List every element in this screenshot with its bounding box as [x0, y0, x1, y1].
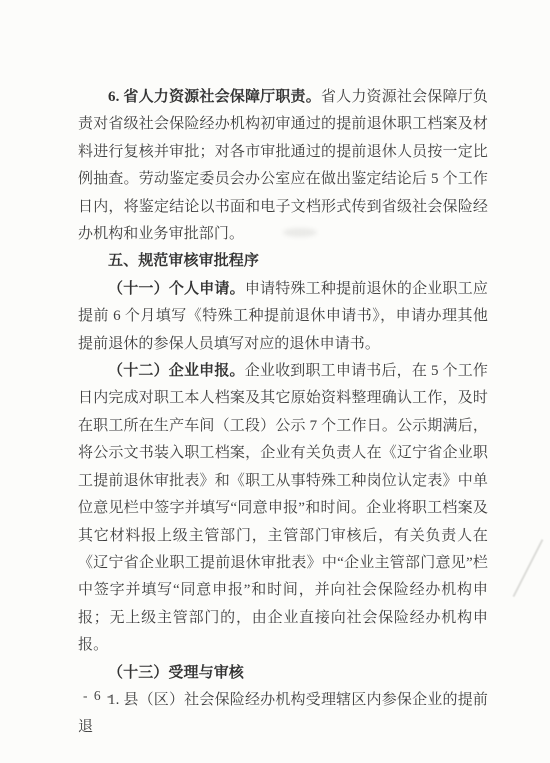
paragraph-text: 1. 县（区）社会保险经办机构受理辖区内参保企业的提前退 — [78, 692, 488, 735]
paragraph-clause-13-heading: （十三）受理与审核 — [78, 660, 488, 687]
paragraph-clause-12: （十二）企业申报。企业收到职工申请书后，在 5 个工作日内完成对职工本人档案及其… — [78, 358, 488, 659]
paragraph-duty-item-6: 6. 省人力资源社会保障厅职责。省人力资源社会保障厅负责对省级社会保险经办机构初… — [78, 84, 488, 248]
paragraph-clause-11: （十一）个人申请。申请特殊工种提前退休的企业职工应提前 6 个月填写《特殊工种提… — [78, 276, 488, 358]
document-body: 6. 省人力资源社会保障厅职责。省人力资源社会保障厅负责对省级社会保险经办机构初… — [78, 84, 488, 742]
section-heading-label: 五、规范审核审批程序 — [108, 253, 259, 269]
scan-line-artifact — [513, 539, 543, 597]
paragraph-bold-lead: （十三）受理与审核 — [108, 665, 244, 681]
paragraph-item-1: 1. 县（区）社会保险经办机构受理辖区内参保企业的提前退 — [78, 687, 488, 742]
paragraph-text: 企业收到职工申请书后，在 5 个工作日内完成对职工本人档案及其它原始资料整理确认… — [78, 363, 488, 653]
paragraph-bold-lead: （十一）个人申请。 — [108, 281, 245, 297]
section-heading-5: 五、规范审核审批程序 — [78, 248, 488, 275]
page-number: - 6 - — [83, 688, 113, 704]
paragraph-bold-lead: 6. 省人力资源社会保障厅职责。 — [108, 89, 321, 105]
document-page: 6. 省人力资源社会保障厅职责。省人力资源社会保障厅负责对省级社会保险经办机构初… — [0, 0, 550, 763]
paragraph-bold-lead: （十二）企业申报。 — [108, 363, 245, 379]
paragraph-text: 省人力资源社会保障厅负责对省级社会保险经办机构初审通过的提前退休职工档案及材料进… — [78, 89, 488, 242]
